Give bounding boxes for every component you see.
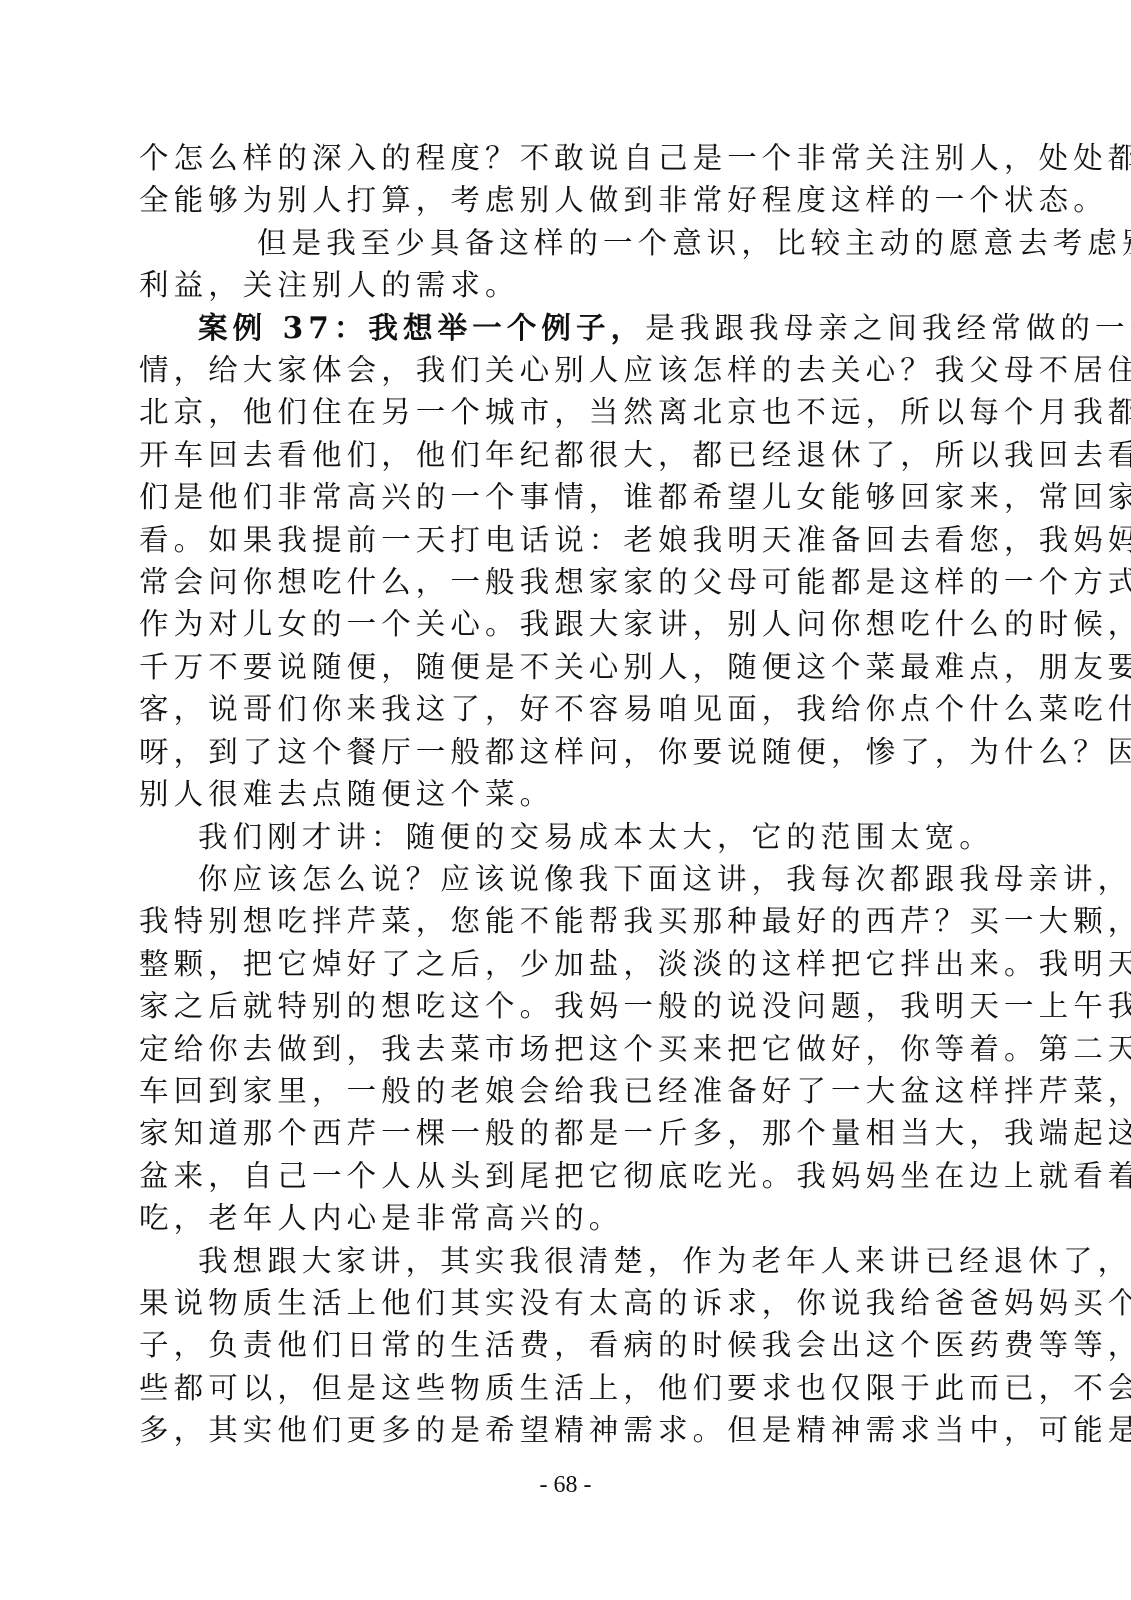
paragraph-4: 我们刚才讲：随便的交易成本太大，它的范围太宽。 xyxy=(139,816,975,858)
text-line: 别人很难去点随便这个菜。 xyxy=(139,773,975,815)
paragraph-6: 我想跟大家讲，其实我很清楚，作为老年人来讲已经退休了，如 果说物质生活上他们其实… xyxy=(139,1240,975,1452)
text-line: 个怎么样的深入的程度？不敢说自己是一个非常关注别人，处处都完 xyxy=(139,137,975,179)
text-line: 多，其实他们更多的是希望精神需求。但是精神需求当中，可能是跟 xyxy=(139,1409,975,1451)
text-line: 们是他们非常高兴的一个事情，谁都希望儿女能够回家来，常回家看 xyxy=(139,476,975,518)
text-line: 常会问你想吃什么，一般我想家家的父母可能都是这样的一个方式， xyxy=(139,561,975,603)
page-number: - 68 - xyxy=(0,1472,1131,1499)
text-line: 家之后就特别的想吃这个。我妈一般的说没问题，我明天一上午我一 xyxy=(139,985,975,1027)
page-body-text: 个怎么样的深入的程度？不敢说自己是一个非常关注别人，处处都完 全能够为别人打算，… xyxy=(139,137,975,1452)
text-line: 案例 37：我想举一个例子，是我跟我母亲之间我经常做的一件事 xyxy=(139,307,975,349)
text-line: 些都可以，但是这些物质生活上，他们要求也仅限于此而已，不会更 xyxy=(139,1367,975,1409)
text-line: 果说物质生活上他们其实没有太高的诉求，你说我给爸爸妈妈买个房 xyxy=(139,1282,975,1324)
text-line: 你应该怎么说？应该说像我下面这讲，我每次都跟我母亲讲，说 xyxy=(139,858,975,900)
text-line: 子，负责他们日常的生活费，看病的时候我会出这个医药费等等，这 xyxy=(139,1324,975,1366)
text-line: 情，给大家体会，我们关心别人应该怎样的去关心？我父母不居住在 xyxy=(139,349,975,391)
text-line: 但是我至少具备这样的一个意识，比较主动的愿意去考虑别人的 xyxy=(139,222,975,264)
paragraph-2: 但是我至少具备这样的一个意识，比较主动的愿意去考虑别人的 利益，关注别人的需求。 xyxy=(139,222,975,307)
text-line: 车回到家里，一般的老娘会给我已经准备好了一大盆这样拌芹菜，大 xyxy=(139,1070,975,1112)
text-line: 开车回去看他们，他们年纪都很大，都已经退休了，所以我回去看他 xyxy=(139,434,975,476)
paragraph-5: 你应该怎么说？应该说像我下面这讲，我每次都跟我母亲讲，说 我特别想吃拌芹菜，您能… xyxy=(139,858,975,1240)
document-page: 个怎么样的深入的程度？不敢说自己是一个非常关注别人，处处都完 全能够为别人打算，… xyxy=(0,0,1131,1600)
text-line-rest: 是我跟我母亲之间我经常做的一件事 xyxy=(645,311,1131,345)
text-line: 定给你去做到，我去菜市场把这个买来把它做好，你等着。第二天开 xyxy=(139,1028,975,1070)
text-line: 全能够为别人打算，考虑别人做到非常好程度这样的一个状态。 xyxy=(139,179,975,221)
text-line: 吃，老年人内心是非常高兴的。 xyxy=(139,1197,975,1239)
text-line: 千万不要说随便，随便是不关心别人，随便这个菜最难点，朋友要请 xyxy=(139,646,975,688)
text-line: 整颗，把它焯好了之后，少加盐，淡淡的这样把它拌出来。我明天到 xyxy=(139,943,975,985)
text-line: 我们刚才讲：随便的交易成本太大，它的范围太宽。 xyxy=(139,816,975,858)
paragraph-case-37: 案例 37：我想举一个例子，是我跟我母亲之间我经常做的一件事 情，给大家体会，我… xyxy=(139,307,975,816)
text-line: 看。如果我提前一天打电话说：老娘我明天准备回去看您，我妈妈经 xyxy=(139,519,975,561)
text-line: 家知道那个西芹一棵一般的都是一斤多，那个量相当大，我端起这个 xyxy=(139,1112,975,1154)
text-line: 盆来，自己一个人从头到尾把它彻底吃光。我妈妈坐在边上就看着我 xyxy=(139,1155,975,1197)
text-line: 我想跟大家讲，其实我很清楚，作为老年人来讲已经退休了，如 xyxy=(139,1240,975,1282)
text-line: 我特别想吃拌芹菜，您能不能帮我买那种最好的西芹？买一大颗，一 xyxy=(139,900,975,942)
text-line: 北京，他们住在另一个城市，当然离北京也不远，所以每个月我都会 xyxy=(139,391,975,433)
paragraph-1: 个怎么样的深入的程度？不敢说自己是一个非常关注别人，处处都完 全能够为别人打算，… xyxy=(139,137,975,222)
text-line: 利益，关注别人的需求。 xyxy=(139,264,975,306)
text-line: 客，说哥们你来我这了，好不容易咱见面，我给你点个什么菜吃什么 xyxy=(139,688,975,730)
text-line: 呀，到了这个餐厅一般都这样问，你要说随便，惨了，为什么？因为 xyxy=(139,731,975,773)
text-line: 作为对儿女的一个关心。我跟大家讲，别人问你想吃什么的时候，你 xyxy=(139,603,975,645)
case-heading: 案例 37：我想举一个例子， xyxy=(198,310,645,345)
